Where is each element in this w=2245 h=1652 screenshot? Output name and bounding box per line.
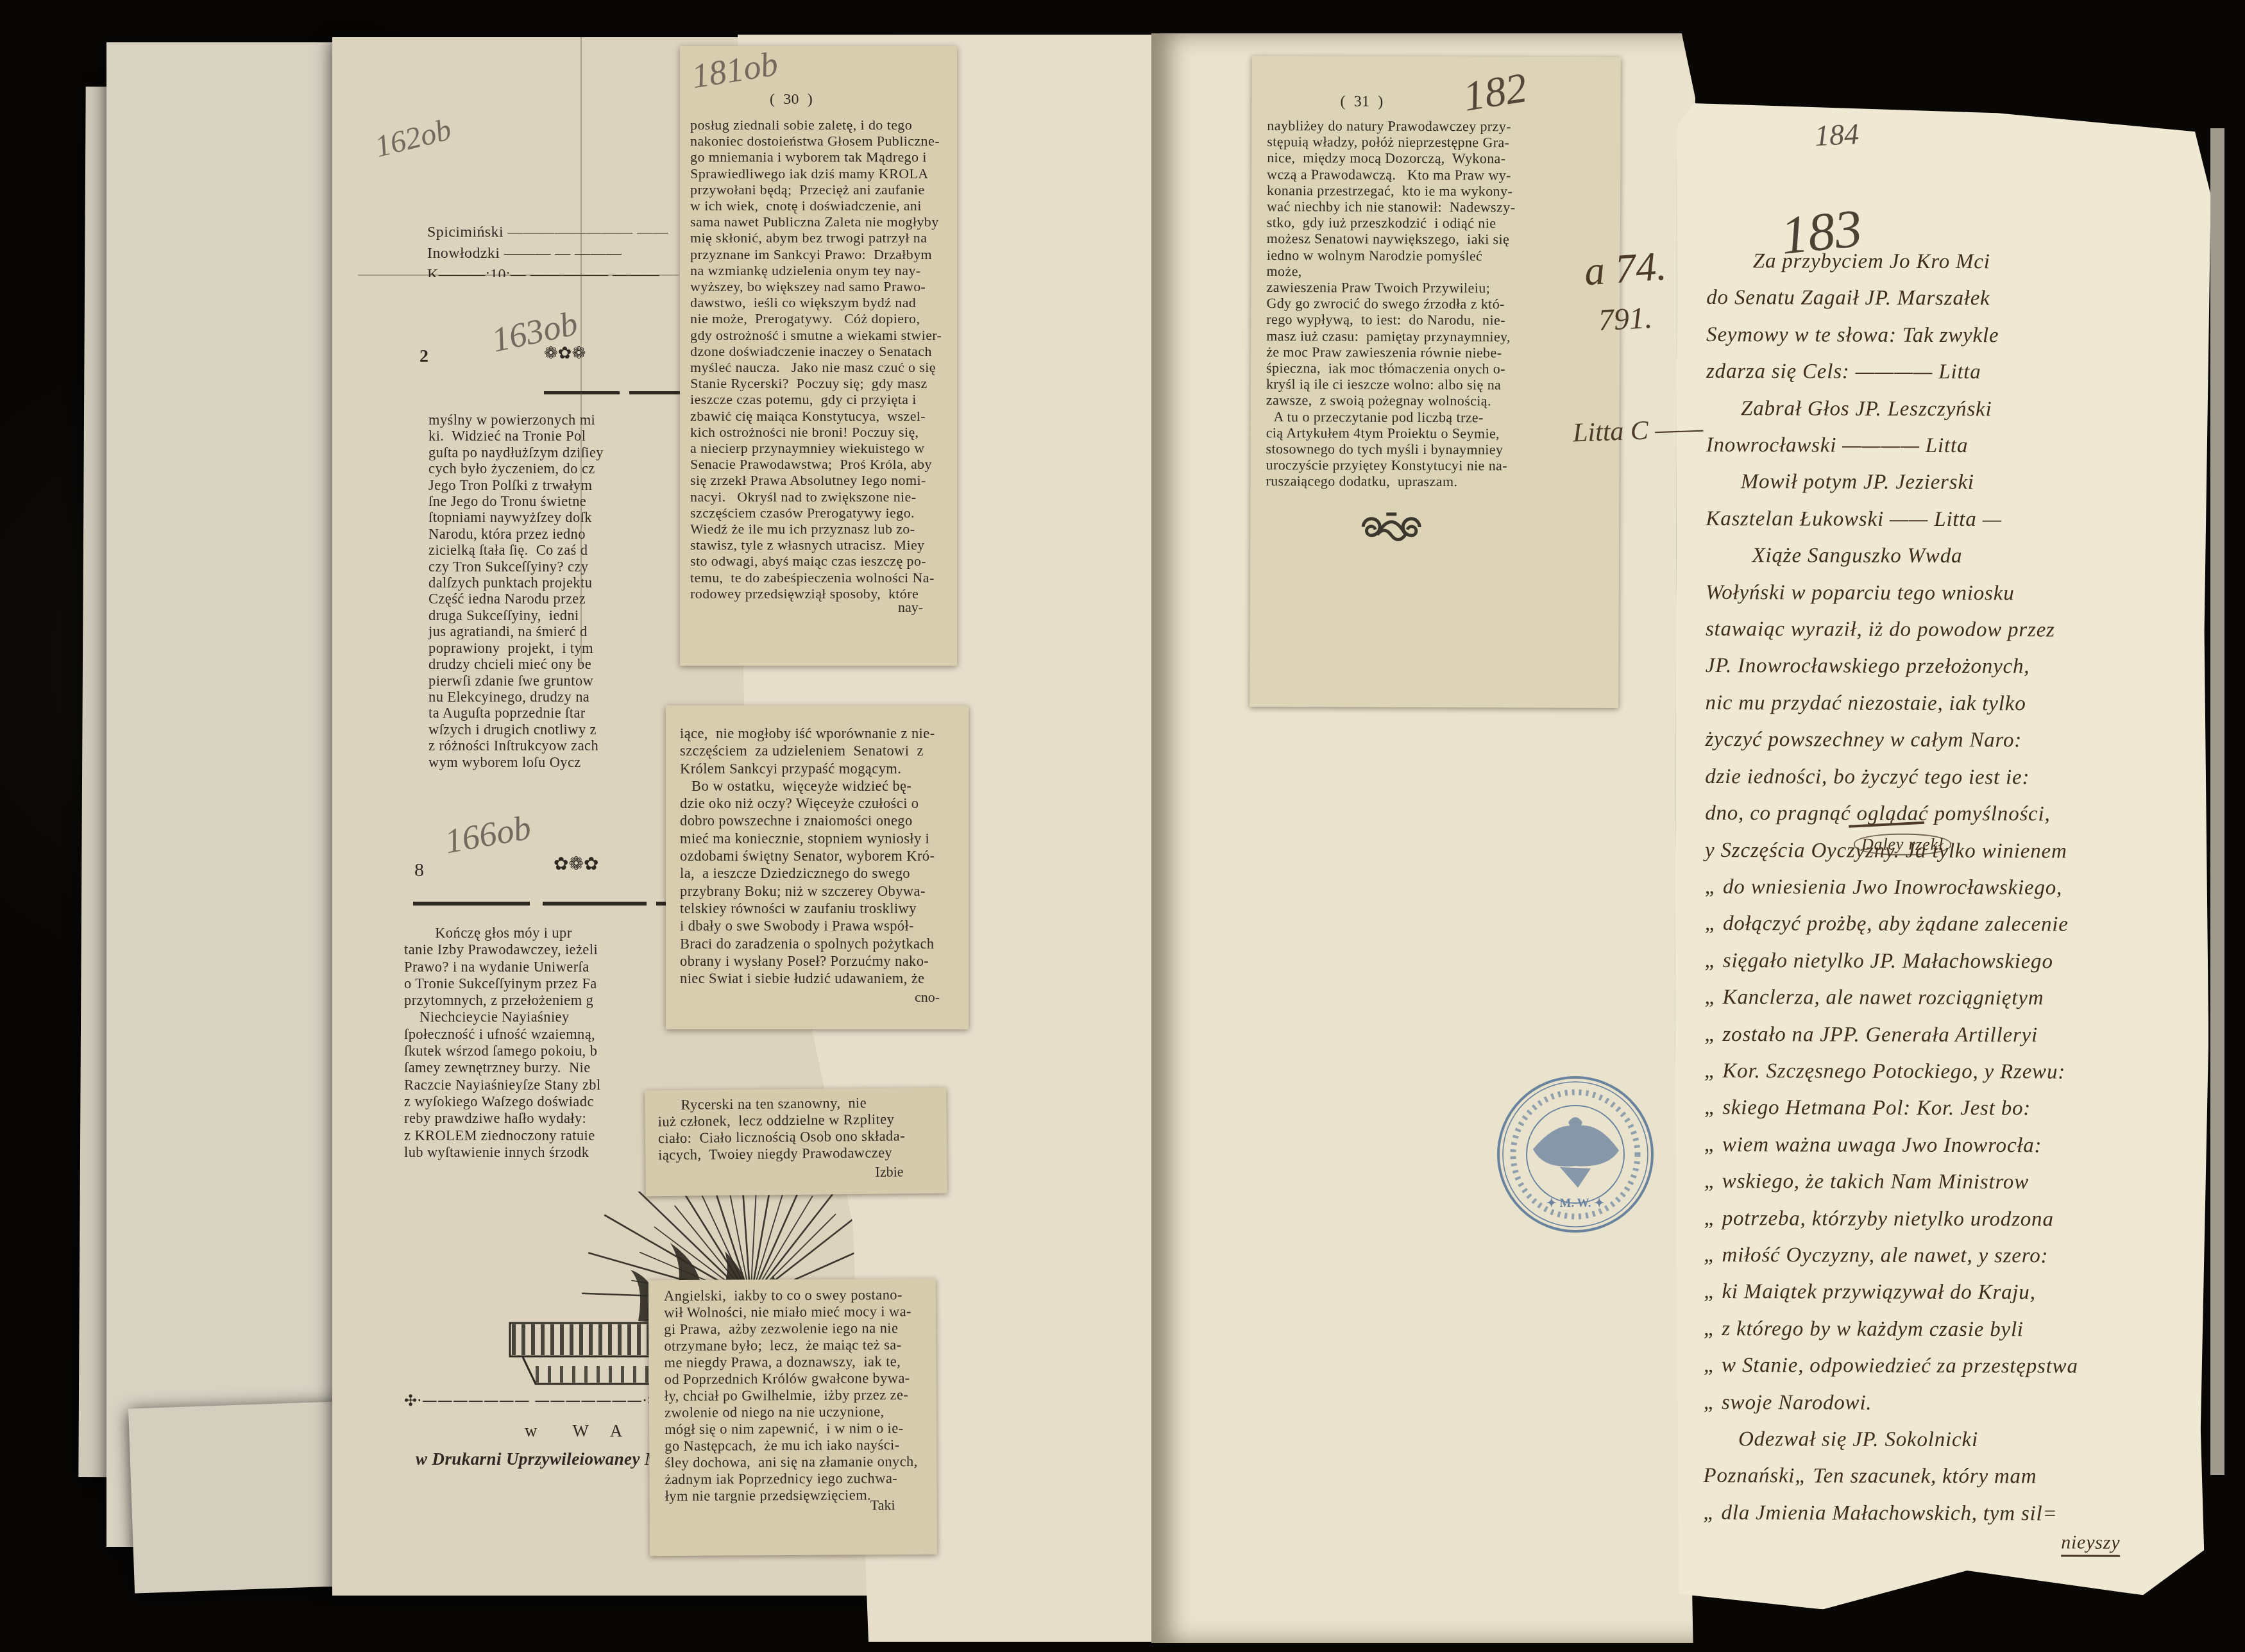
clipping-bottom-body: Angielski, iakby to co o swey postano- w… bbox=[664, 1286, 927, 1504]
clipping-page-31: ( 31 ) 182 naybliżey do natury Prawodawc… bbox=[1250, 56, 1621, 708]
page-30-header: ( 30 ) bbox=[770, 91, 813, 108]
clipping-bottom: Angielski, iakby to co o swey postano- w… bbox=[648, 1279, 937, 1556]
margin-note-litta-c: Litta C —— bbox=[1572, 413, 1704, 448]
archive-stamp: ✦ M. W. ✦ bbox=[1488, 1066, 1663, 1243]
catchword: Taki bbox=[870, 1497, 895, 1513]
imprint-city: w W A bbox=[525, 1421, 631, 1441]
printer-flourish-ornament bbox=[1353, 505, 1430, 546]
page-number-8: 8 bbox=[414, 859, 424, 881]
book-spread-scan: 162ob Spicimiński ———————— —— Inowłodzki… bbox=[0, 0, 2245, 1652]
folio-number-166-pencil: 166ob bbox=[442, 807, 534, 862]
insertion-daley-rzekl: Daley rzekł bbox=[1854, 834, 1951, 855]
clipping-middle: iące, nie mogłoby iść wporównanie z nie-… bbox=[666, 705, 969, 1029]
floral-ornament: ✿❁✿ bbox=[554, 853, 598, 874]
page-number-2: 2 bbox=[419, 346, 428, 367]
margin-note-791: 791. bbox=[1598, 300, 1654, 338]
manuscript-body: Za przybyciem Jo Kro Mci do Senatu Zagai… bbox=[1703, 243, 2181, 1533]
clipping-strip: Rycerski na ten szanowny, nie iuż człone… bbox=[645, 1088, 947, 1197]
clipping-page-30: ( 30 ) posług ziednali sobie zaletę, i d… bbox=[680, 46, 957, 666]
stamp-bottom-text: ✦ M. W. ✦ bbox=[1546, 1197, 1605, 1210]
floral-ornament: ❁✿❁ bbox=[544, 344, 586, 363]
catchword-nieyszy: nieyszy bbox=[2061, 1531, 2120, 1556]
catchword: cno- bbox=[915, 989, 940, 1006]
catchword: nay- bbox=[898, 599, 923, 616]
page-edge-sliver bbox=[2210, 128, 2224, 1475]
page-number-184: 184 bbox=[1814, 117, 1860, 153]
page-31-body: naybliżey do natury Prawodawczey przy- s… bbox=[1266, 117, 1521, 490]
manuscript-page: 184 183 Za przybyciem Jo Kro Mci do Sena… bbox=[1673, 103, 2211, 1610]
margin-note-a74: a 74. bbox=[1583, 242, 1668, 296]
page-30-body: posług ziednali sobie zaletę, i do tego … bbox=[690, 117, 949, 602]
catchword: Izbie bbox=[875, 1163, 903, 1180]
clipping-middle-body: iące, nie mogłoby iść wporównanie z nie-… bbox=[680, 725, 954, 987]
page-31-header: ( 31 ) bbox=[1340, 93, 1383, 111]
clipping-strip-body: Rycerski na ten szanowny, nie iuż człone… bbox=[657, 1094, 934, 1163]
senator-roll-list: Spicimiński ———————— —— Inowłodzki ——— —… bbox=[427, 222, 684, 277]
folio-number-162-pencil: 162ob bbox=[371, 112, 455, 164]
folio-number-182-ink: 182 bbox=[1460, 63, 1530, 121]
page-edge bbox=[580, 37, 582, 666]
